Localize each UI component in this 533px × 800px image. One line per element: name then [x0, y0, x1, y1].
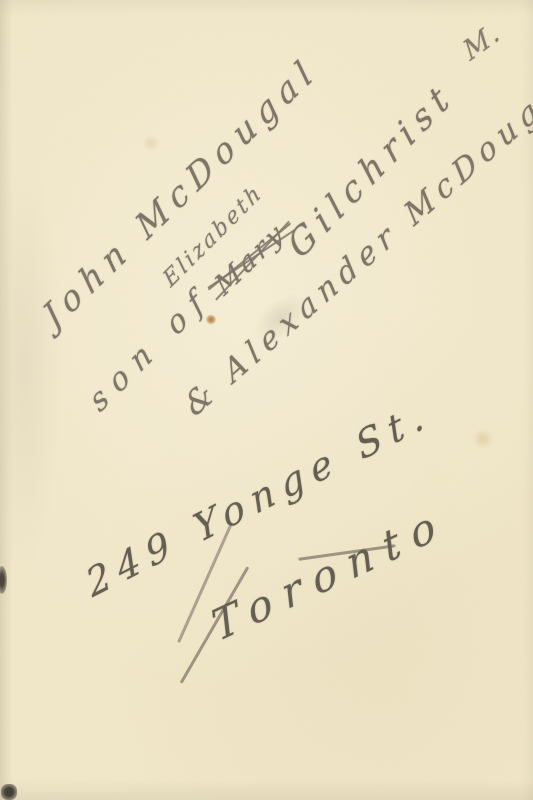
photo-back-of-card: John McDougal Elizabeth Mary son of Gilc…: [0, 0, 533, 800]
inscription-surname-initial: M.: [460, 18, 505, 66]
graphite-smudge: [0, 150, 62, 580]
stain-spot: [142, 136, 160, 150]
edge-speck-left: [0, 566, 7, 594]
edge-speck-bottom: [1, 784, 17, 800]
stain-spot: [472, 430, 494, 448]
